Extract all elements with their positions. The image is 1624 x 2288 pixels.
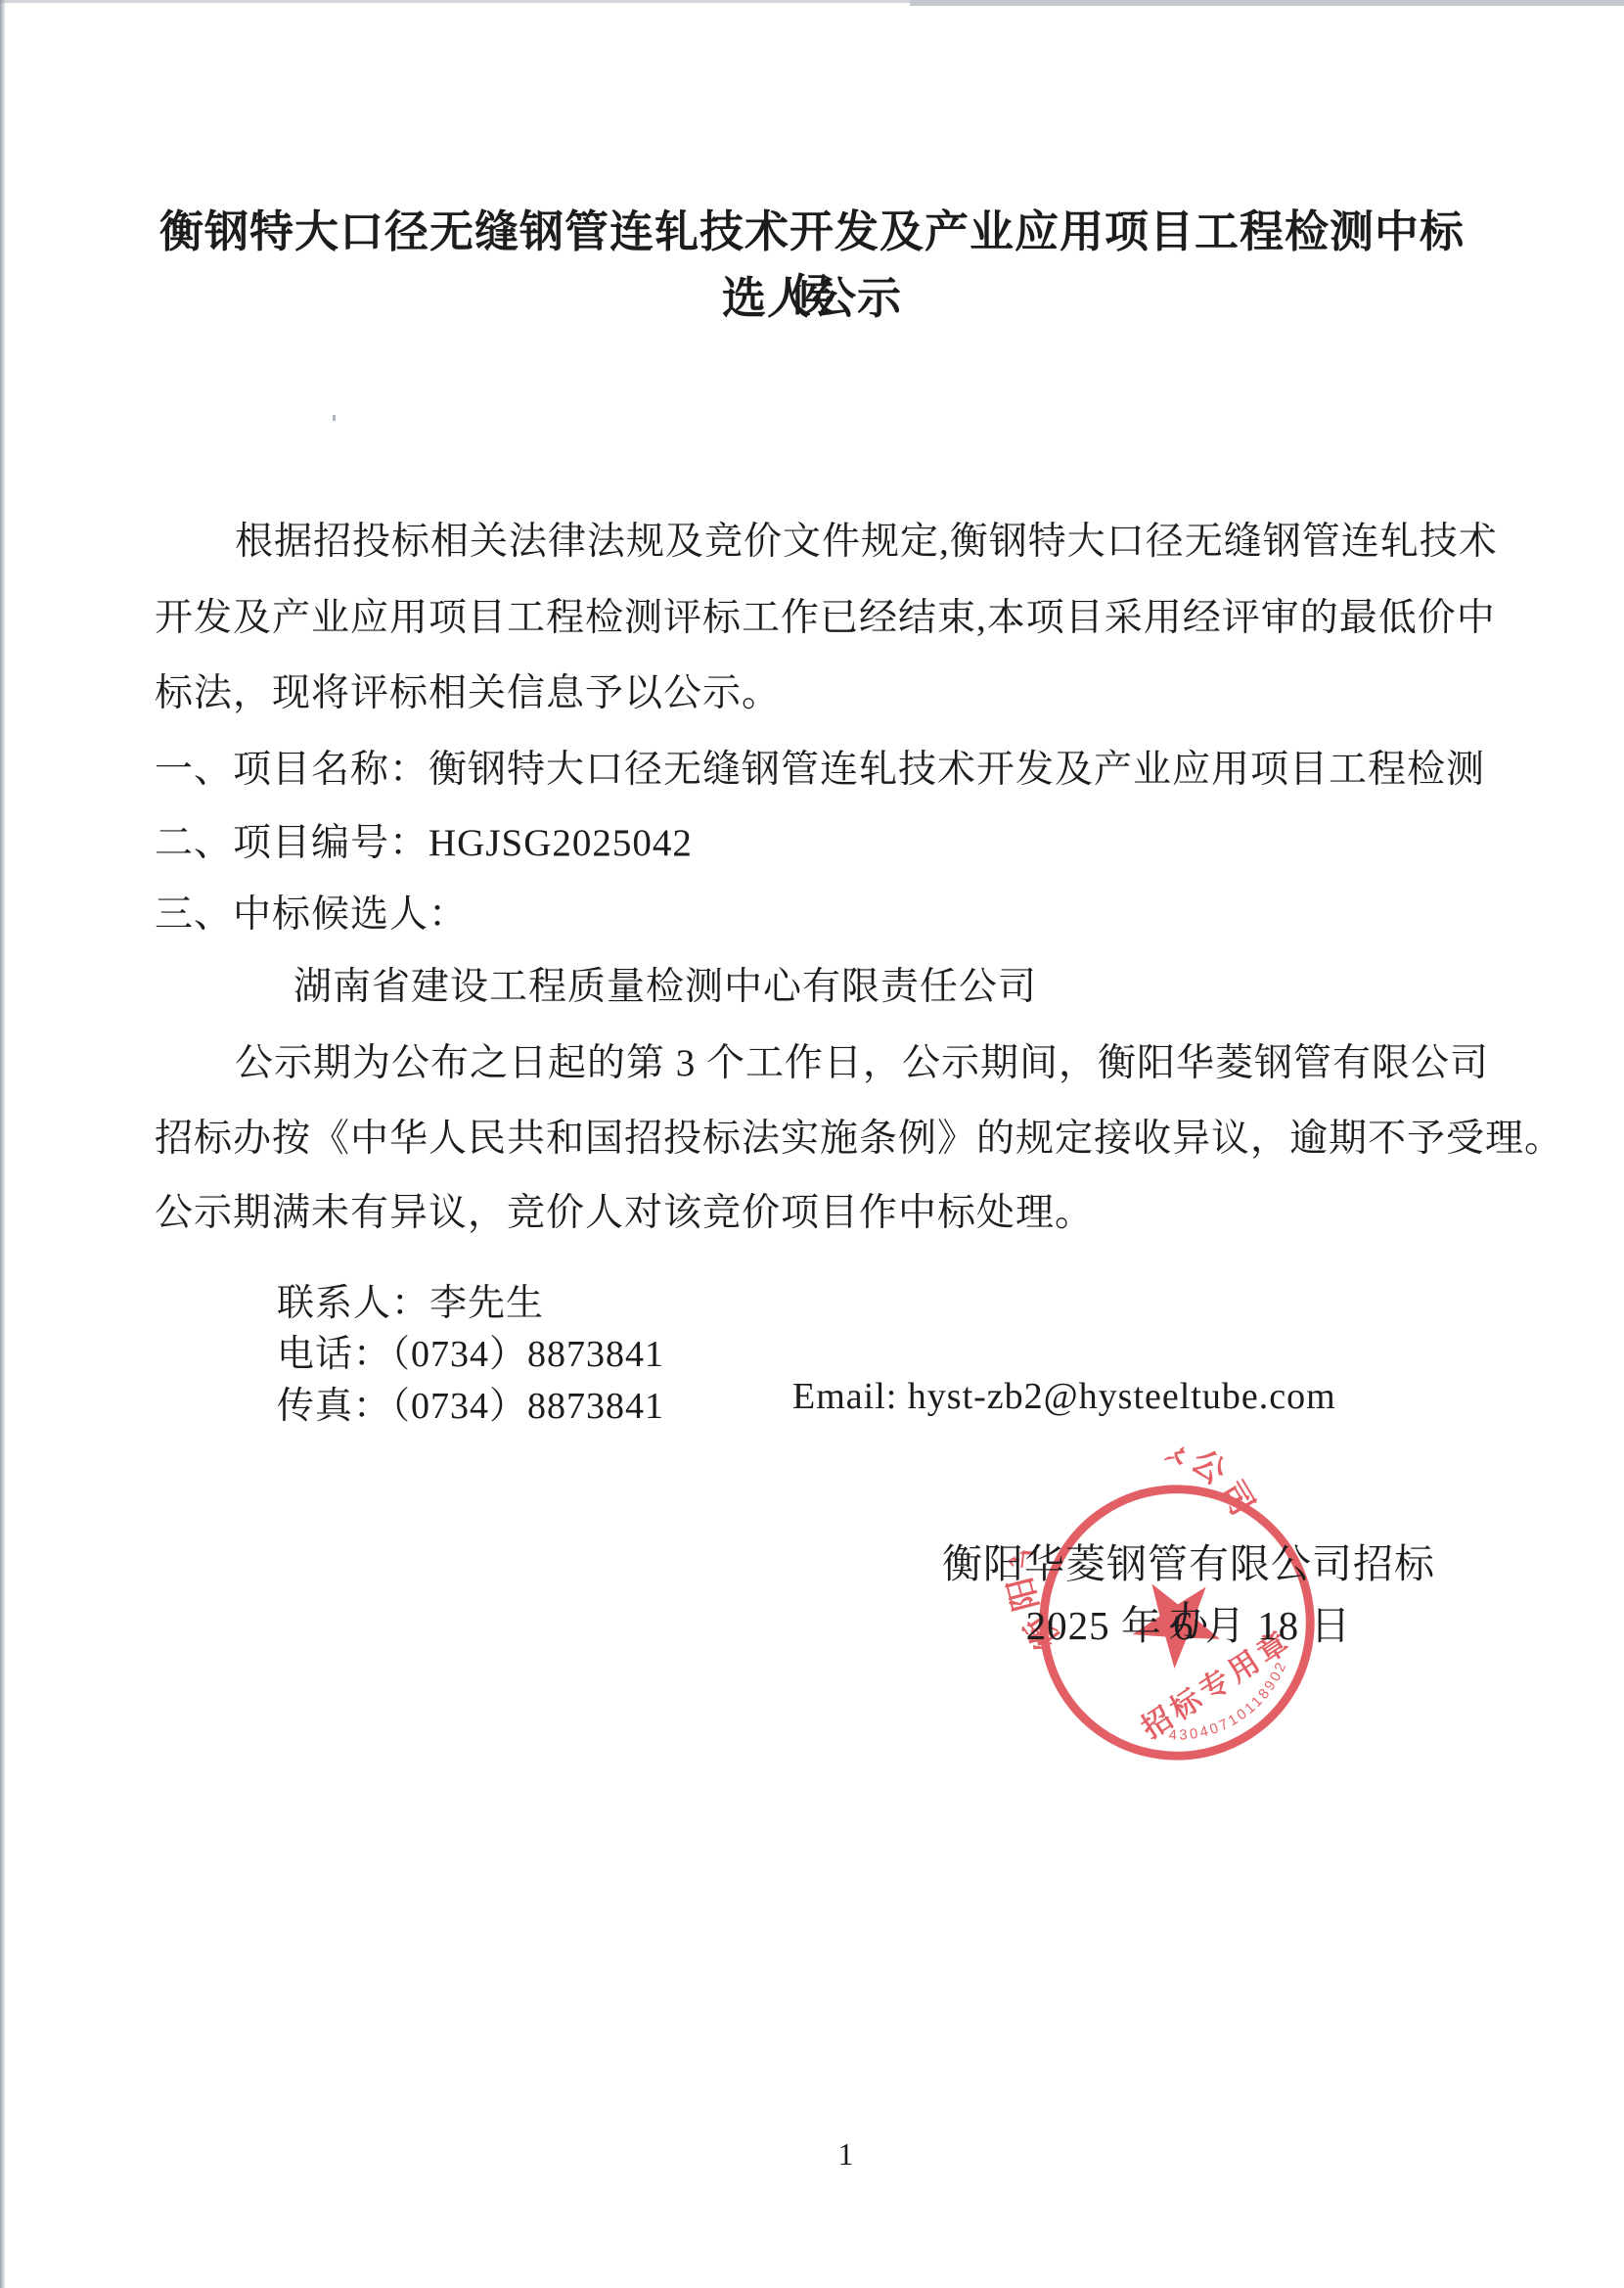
para2-line3: 公示期满未有异议，竞价人对该竞价项目作中标处理。 <box>155 1182 1094 1237</box>
contact-phone: 电话：（0734）8873841 <box>277 1323 664 1377</box>
para2-line2: 招标办按《中华人民共和国招投标法实施条例》的规定接收异议，逾期不予受理。 <box>155 1108 1563 1163</box>
scan-speck <box>333 415 336 421</box>
item-winner-label: 三、中标候选人： <box>155 884 468 938</box>
para1-line3: 标法，现将评标相关信息予以公示。 <box>155 663 781 717</box>
para2-line1: 公示期为公布之日起的第 3 个工作日，公示期间，衡阳华菱钢管有限公司 <box>235 1032 1489 1087</box>
para1-line1: 根据招投标相关法律法规及竞价文件规定,衡钢特大口径无缝钢管连轧技术 <box>235 511 1498 566</box>
document-title-line2: 选人公示 <box>152 262 1472 326</box>
contact-person: 联系人：李先生 <box>277 1272 544 1326</box>
contact-email: Email: hyst-zb2@hysteeltube.com <box>792 1375 1336 1418</box>
document-page: { "title": { "line1": "衡钢特大口径无缝钢管连轧技术开发及… <box>0 0 1624 2288</box>
signature-date: 2025 年 6 月 18 日 <box>929 1593 1448 1651</box>
item-project-number: 二、项目编号：HGJSG2025042 <box>155 812 693 867</box>
contact-fax: 传真：（0734）8873841 <box>277 1375 664 1429</box>
item-project-name: 一、项目名称：衡钢特大口径无缝钢管连轧技术开发及产业应用项目工程检测 <box>155 739 1485 794</box>
page-number: 1 <box>724 2136 969 2173</box>
scan-edge-left <box>0 0 6 2288</box>
para1-line2: 开发及产业应用项目工程检测评标工作已经结束,本项目采用经评审的最低价中 <box>155 587 1496 642</box>
scan-edge-top-right <box>910 0 1624 6</box>
winner-company: 湖南省建设工程质量检测中心有限责任公司 <box>293 956 1037 1011</box>
